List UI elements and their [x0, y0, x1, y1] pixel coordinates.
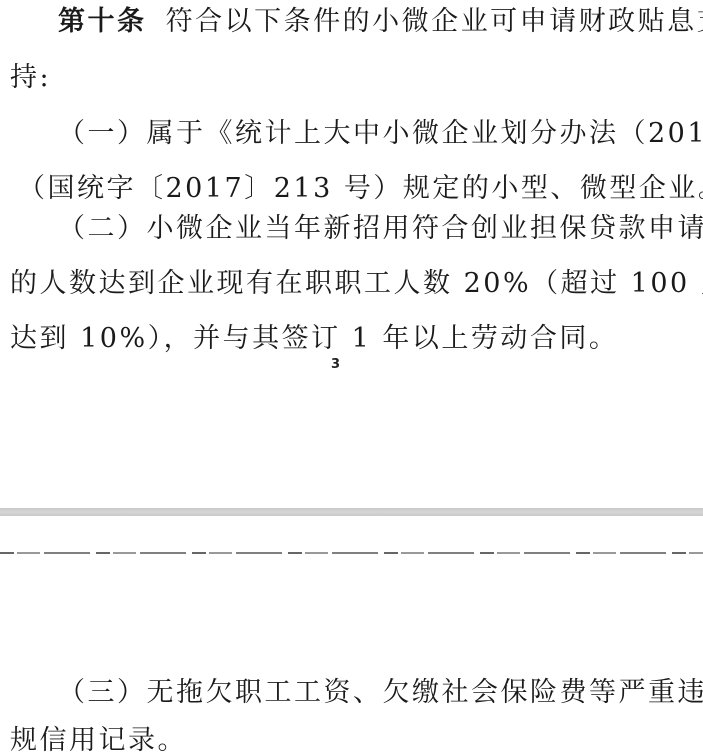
clause-3-line-2: 规信用记录。: [10, 725, 187, 753]
article-text-continued: 持:: [10, 62, 51, 94]
scan-edge-line: [0, 552, 703, 554]
clause-2-line-3: 达到 10%），并与其签订 1 年以上劳动合同。: [10, 323, 618, 355]
page-separator: [0, 508, 703, 516]
clause-2-line-1: （二）小微企业当年新招用符合创业担保贷款申请条件: [58, 213, 703, 245]
article-10-heading-line: 第十条 符合以下条件的小微企业可申请财政贴息支: [58, 6, 703, 38]
document-page-top: 第十条 符合以下条件的小微企业可申请财政贴息支 持: （一）属于《统计上大中小微…: [0, 0, 703, 508]
clause-1-line-1: （一）属于《统计上大中小微企业划分办法（2017）》: [58, 118, 703, 150]
article-number: 第十条: [58, 6, 147, 37]
article-text: 符合以下条件的小微企业可申请财政贴息支: [166, 6, 703, 37]
page-number: 3: [331, 357, 340, 372]
clause-2-line-2: 的人数达到企业现有在职职工人数 20%（超过 100 人的企业: [10, 268, 703, 300]
clause-3-line-1: （三）无拖欠职工工资、欠缴社会保险费等严重违法违: [58, 677, 703, 709]
clause-1-line-2: （国统字〔2017〕213 号）规定的小型、微型企业。: [18, 173, 703, 205]
